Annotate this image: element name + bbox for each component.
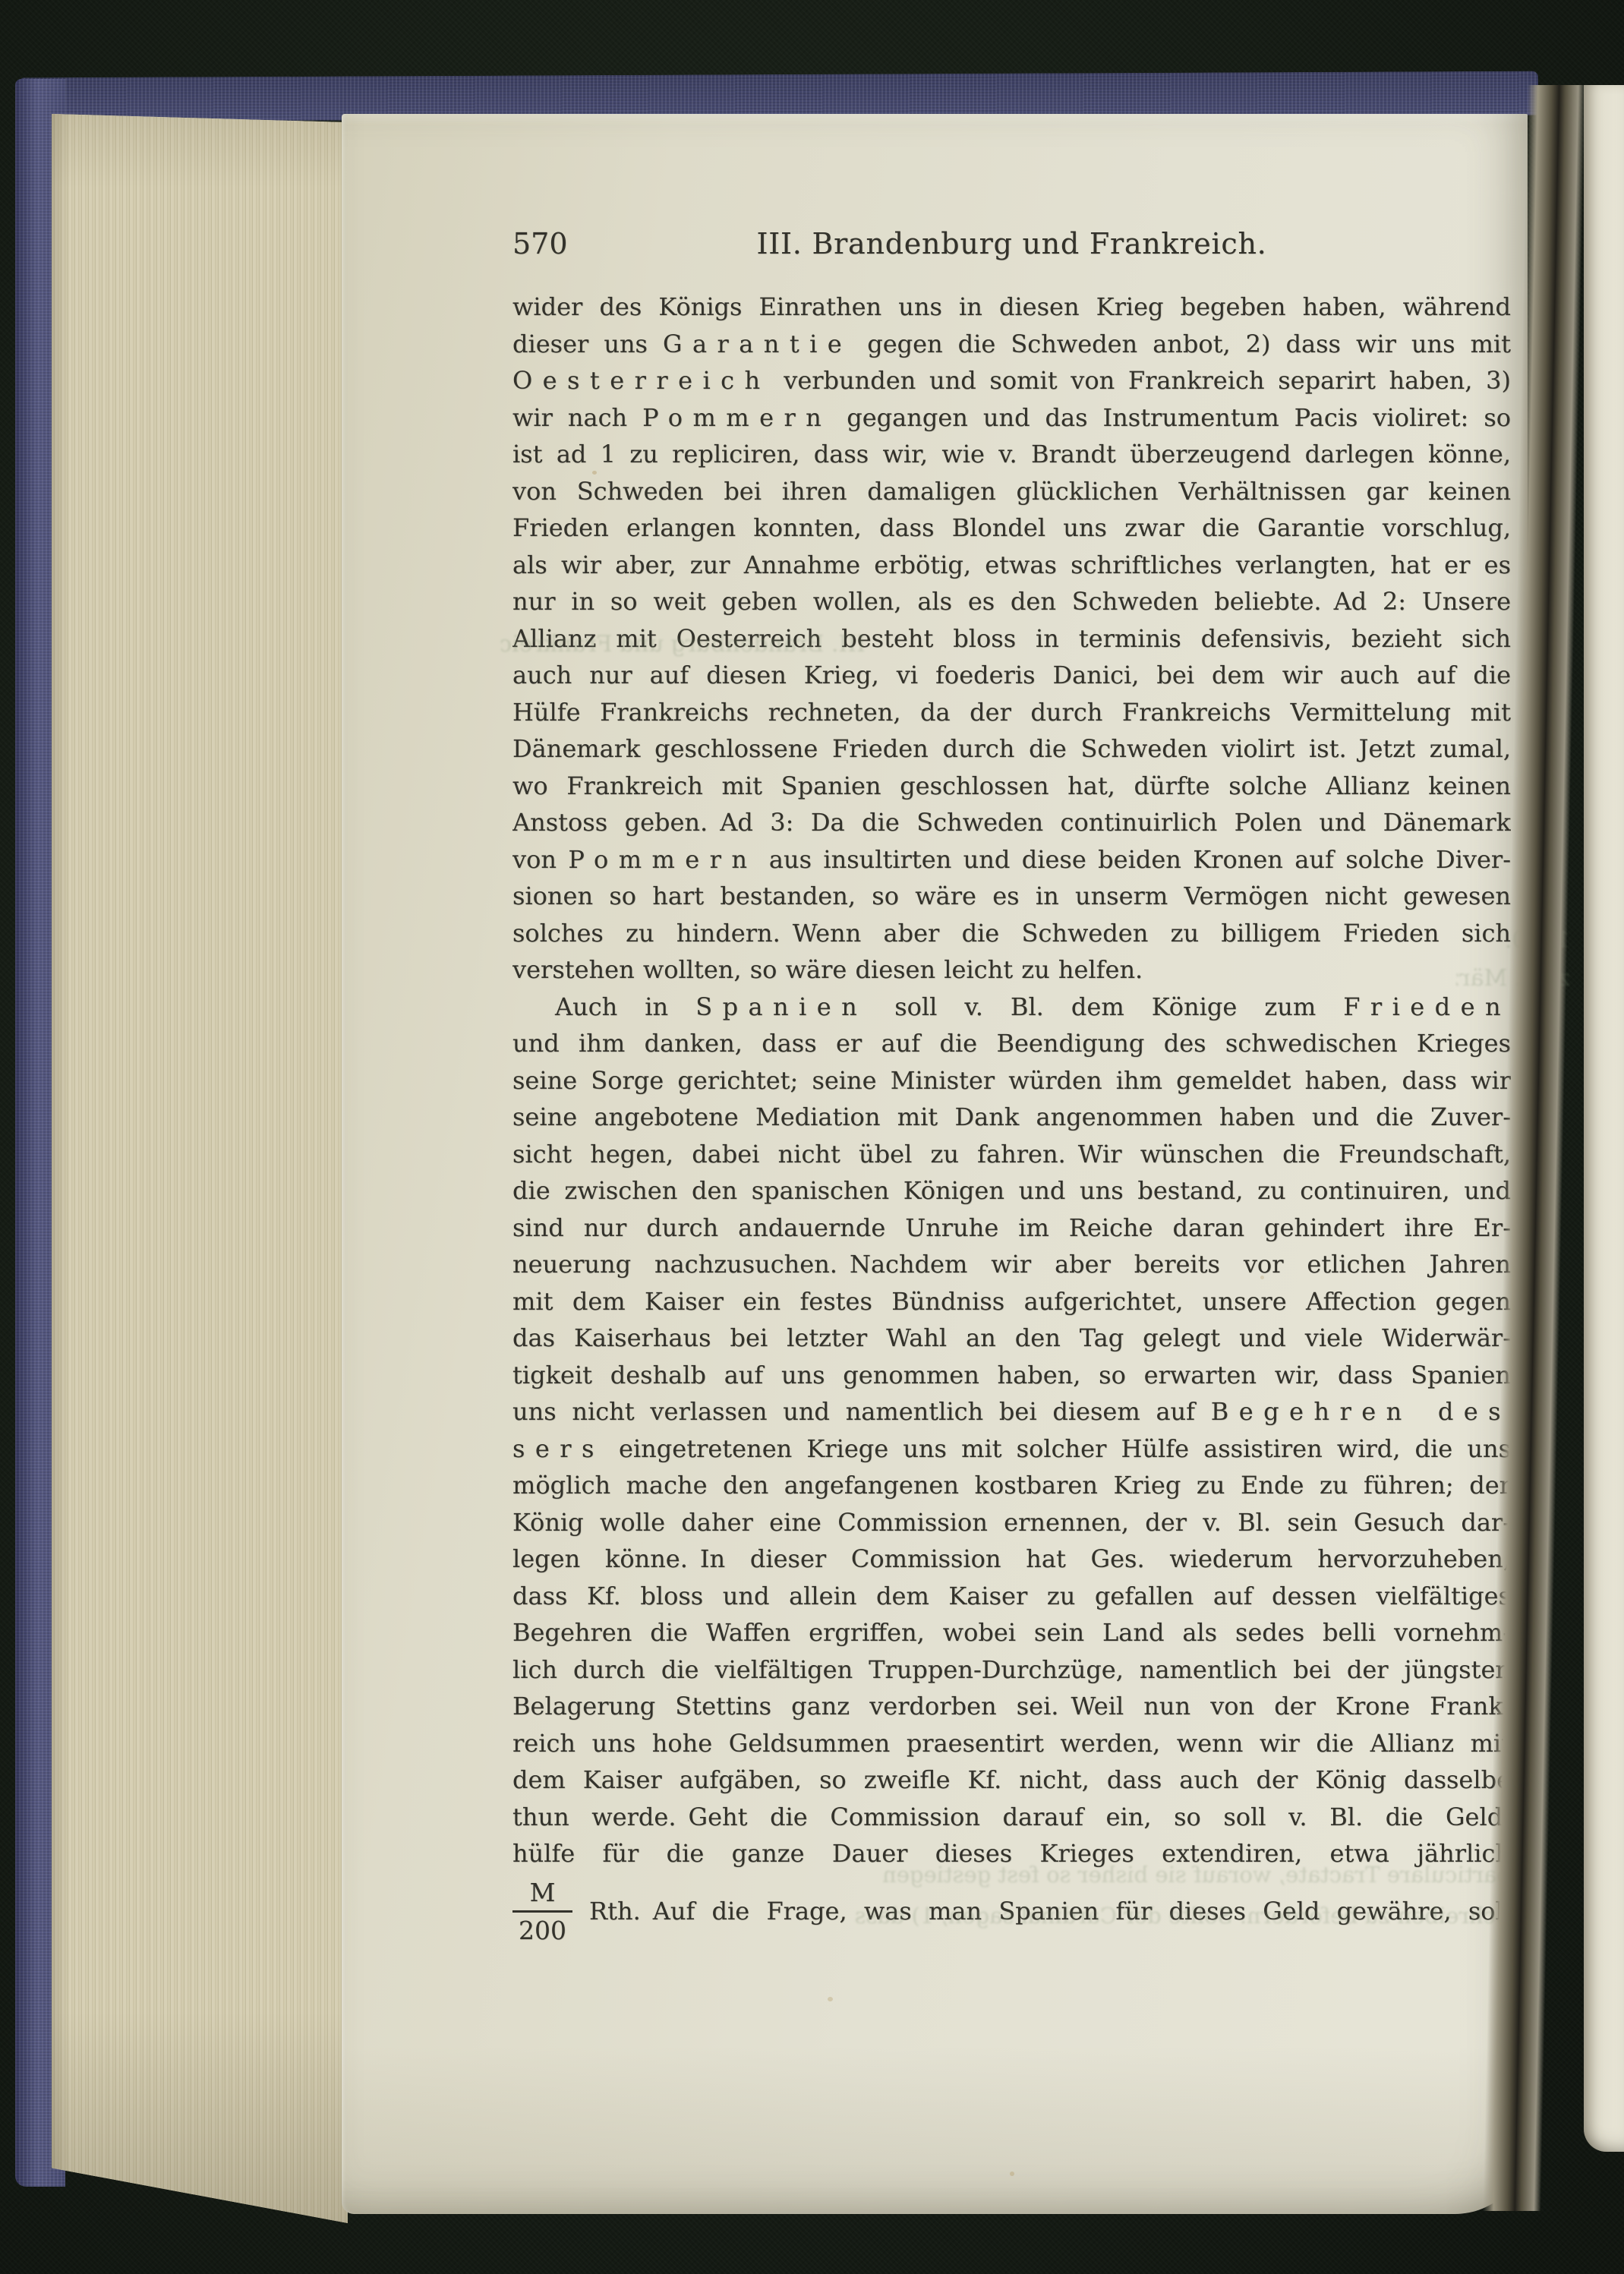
text-segment: die zwischen den spanischen Königen und … xyxy=(512,1176,1511,1205)
right-page-sliver xyxy=(1584,85,1624,2152)
text-segment: neuerung nachzusuchen. Nachdem wir aber … xyxy=(512,1250,1511,1279)
text-line: von Schweden bei ihren damaligen glückli… xyxy=(512,473,1511,510)
text-segment: als wir aber, zur Annahme erbötig, etwas… xyxy=(512,550,1511,579)
text-segment: dieser uns xyxy=(512,330,663,358)
text-line: die zwischen den spanischen Königen und … xyxy=(512,1172,1511,1210)
text-line: ist ad 1 zu repliciren, dass wir, wie v.… xyxy=(512,436,1511,473)
text-segment: aus insultirten und diese beiden Kronen … xyxy=(757,845,1511,874)
letterspaced-text: Pommern xyxy=(642,403,831,432)
text-line: reich uns hohe Geldsummen praesentirt we… xyxy=(512,1725,1511,1762)
book-photo: 570 III. Brandenburg und Frankreich. wid… xyxy=(0,0,1624,2274)
text-line: lich durch die vielfältigen Truppen-Durc… xyxy=(512,1651,1511,1689)
text-line: seine Sorge gerichtet; seine Minister wü… xyxy=(512,1062,1511,1099)
text-line: verstehen wollten, so wäre diesen leicht… xyxy=(512,951,1511,989)
text-segment: Begehren die Waffen ergriffen, wobei sei… xyxy=(512,1618,1511,1647)
paper-speck xyxy=(1010,2171,1014,2176)
fraction: M200 xyxy=(512,1880,572,1943)
letterspaced-text: Garantie xyxy=(663,330,852,358)
text-segment: reich uns hohe Geldsummen praesentirt we… xyxy=(512,1729,1511,1758)
text-segment: wir nach xyxy=(512,403,642,432)
text-segment: nur in so weit geben wollen, als es den … xyxy=(512,587,1511,616)
text-line: das Kaiserhaus bei letzter Wahl an den T… xyxy=(512,1320,1511,1357)
text-line: sers eingetretenen Kriege uns mit solche… xyxy=(512,1430,1511,1468)
paper-speck xyxy=(828,1997,833,2001)
text-line: wider des Königs Einrathen uns in diesen… xyxy=(512,289,1511,326)
letterspaced-text: Oesterreich xyxy=(512,366,771,395)
body-text: wider des Königs Einrathen uns in diesen… xyxy=(512,289,1511,1943)
text-line: als wir aber, zur Annahme erbötig, etwas… xyxy=(512,547,1511,584)
text-segment: legen könne. In dieser Commission hat Ge… xyxy=(512,1544,1511,1573)
text-segment: Auch in xyxy=(555,992,695,1021)
show-through-text: particulare Tractate, worauf sie bisher … xyxy=(824,1862,1511,1888)
text-line: neuerung nachzusuchen. Nachdem wir aber … xyxy=(512,1246,1511,1283)
text-line: dem Kaiser aufgäben, so zweifle Kf. nich… xyxy=(512,1761,1511,1799)
text-line: wo Frankreich mit Spanien geschlossen ha… xyxy=(512,768,1511,805)
text-segment: seine Sorge gerichtet; seine Minister wü… xyxy=(512,1066,1511,1095)
text-segment: thun werde. Geht die Commission darauf e… xyxy=(512,1802,1511,1831)
text-line: legen könne. In dieser Commission hat Ge… xyxy=(512,1541,1511,1578)
text-line: auch nur auf diesen Krieg, vi foederis D… xyxy=(512,657,1511,694)
text-segment: ist ad 1 zu repliciren, dass wir, wie v.… xyxy=(512,440,1511,468)
text-segment: von xyxy=(512,845,568,874)
text-line: Hülfe Frankreichs rechneten, da der durc… xyxy=(512,694,1511,731)
text-line: dass Kf. bloss und allein dem Kaiser zu … xyxy=(512,1578,1511,1615)
text-line: wir nach Pommern gegangen und das Instru… xyxy=(512,399,1511,437)
text-segment: lich durch die vielfältigen Truppen-Durc… xyxy=(512,1655,1511,1684)
text-segment: sionen so hart bestanden, so wäre es in … xyxy=(512,882,1511,910)
text-line: und ihm danken, dass er auf die Beendigu… xyxy=(512,1025,1511,1062)
text-segment: Hülfe Frankreichs rechneten, da der durc… xyxy=(512,698,1511,727)
text-line: sind nur durch andauernde Unruhe im Reic… xyxy=(512,1210,1511,1247)
text-segment: König wolle daher eine Commission ernenn… xyxy=(512,1508,1511,1537)
paper-speck xyxy=(1260,1276,1264,1279)
text-line: tigkeit deshalb auf uns genommen haben, … xyxy=(512,1357,1511,1394)
text-segment: wider des Königs Einrathen uns in diesen… xyxy=(512,292,1511,321)
text-line: nur in so weit geben wollen, als es den … xyxy=(512,583,1511,620)
text-line: Frieden erlangen konnten, dass Blondel u… xyxy=(512,509,1511,547)
show-through-text: Schreiben zu befördern. Sollte der Cardi… xyxy=(824,1903,1511,1929)
text-line: dieser uns Garantie gegen die Schweden a… xyxy=(512,326,1511,363)
text-segment: gegangen und das Instrumentum Pacis viol… xyxy=(831,403,1511,432)
show-through-text: III. Brandenburg und Frankreich. xyxy=(501,632,866,658)
text-segment: seine angebotene Mediation mit Dank ange… xyxy=(512,1102,1511,1131)
text-segment: soll v. Bl. dem Könige zum xyxy=(867,992,1343,1021)
page-stack-fore-edge xyxy=(52,103,348,2223)
text-line: seine angebotene Mediation mit Dank ange… xyxy=(512,1099,1511,1136)
text-line: Belagerung Stettins ganz verdorben sei. … xyxy=(512,1688,1511,1725)
text-line: Dänemark geschlossene Frieden durch die … xyxy=(512,730,1511,768)
text-segment: verstehen wollten, so wäre diesen leicht… xyxy=(512,955,1143,984)
text-segment: wo Frankreich mit Spanien geschlossen ha… xyxy=(512,771,1511,800)
text-segment: von Schweden bei ihren damaligen glückli… xyxy=(512,477,1511,506)
page-header-row: 570 III. Brandenburg und Frankreich. xyxy=(512,224,1511,263)
text-line: mit dem Kaiser ein festes Bündniss aufge… xyxy=(512,1283,1511,1320)
text-segment: und ihm danken, dass er auf die Beendigu… xyxy=(512,1029,1511,1058)
text-segment: uns nicht verlassen und namentlich bei d… xyxy=(512,1397,1211,1426)
text-segment: mit dem Kaiser ein festes Bündniss aufge… xyxy=(512,1287,1511,1316)
text-segment: dass Kf. bloss und allein dem Kaiser zu … xyxy=(512,1582,1511,1610)
text-segment: dem Kaiser aufgäben, so zweifle Kf. nich… xyxy=(512,1765,1511,1794)
text-line: thun werde. Geht die Commission darauf e… xyxy=(512,1799,1511,1836)
text-segment: Dänemark geschlossene Frieden durch die … xyxy=(512,734,1511,763)
text-line: Auch in Spanien soll v. Bl. dem Könige z… xyxy=(512,989,1511,1026)
text-segment: sicht hegen, dabei nicht übel zu fahren.… xyxy=(512,1140,1511,1169)
fraction-numerator: M xyxy=(524,1880,562,1910)
text-segment: auch nur auf diesen Krieg, vi foederis D… xyxy=(512,661,1511,689)
text-line: Oesterreich verbunden und somit von Fran… xyxy=(512,362,1511,399)
running-header: III. Brandenburg und Frankreich. xyxy=(512,224,1511,263)
text-line: möglich mache den angefangenen kostbaren… xyxy=(512,1467,1511,1504)
text-segment: sind nur durch andauernde Unruhe im Reic… xyxy=(512,1213,1511,1242)
text-segment: eingetretenen Kriege uns mit solcher Hül… xyxy=(604,1434,1511,1463)
text-line: sicht hegen, dabei nicht übel zu fahren.… xyxy=(512,1136,1511,1173)
left-page: 570 III. Brandenburg und Frankreich. wid… xyxy=(342,114,1528,2214)
letterspaced-text: sers xyxy=(512,1434,604,1463)
text-line: uns nicht verlassen und namentlich bei d… xyxy=(512,1393,1511,1430)
text-segment: das Kaiserhaus bei letzter Wahl an den T… xyxy=(512,1323,1511,1352)
letterspaced-text: Spanien xyxy=(695,992,867,1021)
text-segment: solches zu hindern. Wenn aber die Schwed… xyxy=(512,919,1511,948)
fraction-denominator: 200 xyxy=(512,1910,572,1943)
text-segment: gegen die Schweden anbot, 2) dass wir un… xyxy=(852,330,1511,358)
text-segment: tigkeit deshalb auf uns genommen haben, … xyxy=(512,1361,1511,1389)
text-line: König wolle daher eine Commission ernenn… xyxy=(512,1504,1511,1541)
paper-speck xyxy=(592,471,597,475)
text-line: Anstoss geben. Ad 3: Da die Schweden con… xyxy=(512,804,1511,841)
text-line: solches zu hindern. Wenn aber die Schwed… xyxy=(512,915,1511,952)
text-segment: Belagerung Stettins ganz verdorben sei. … xyxy=(512,1692,1511,1720)
text-line: von Pommern aus insultirten und diese be… xyxy=(512,841,1511,878)
text-line: sionen so hart bestanden, so wäre es in … xyxy=(512,878,1511,915)
text-line: Begehren die Waffen ergriffen, wobei sei… xyxy=(512,1614,1511,1651)
text-segment: Frieden erlangen konnten, dass Blondel u… xyxy=(512,513,1511,542)
text-segment: möglich mache den angefangenen kostbaren… xyxy=(512,1471,1511,1500)
letterspaced-text: Pommern xyxy=(568,845,757,874)
text-segment: Anstoss geben. Ad 3: Da die Schweden con… xyxy=(512,808,1511,837)
